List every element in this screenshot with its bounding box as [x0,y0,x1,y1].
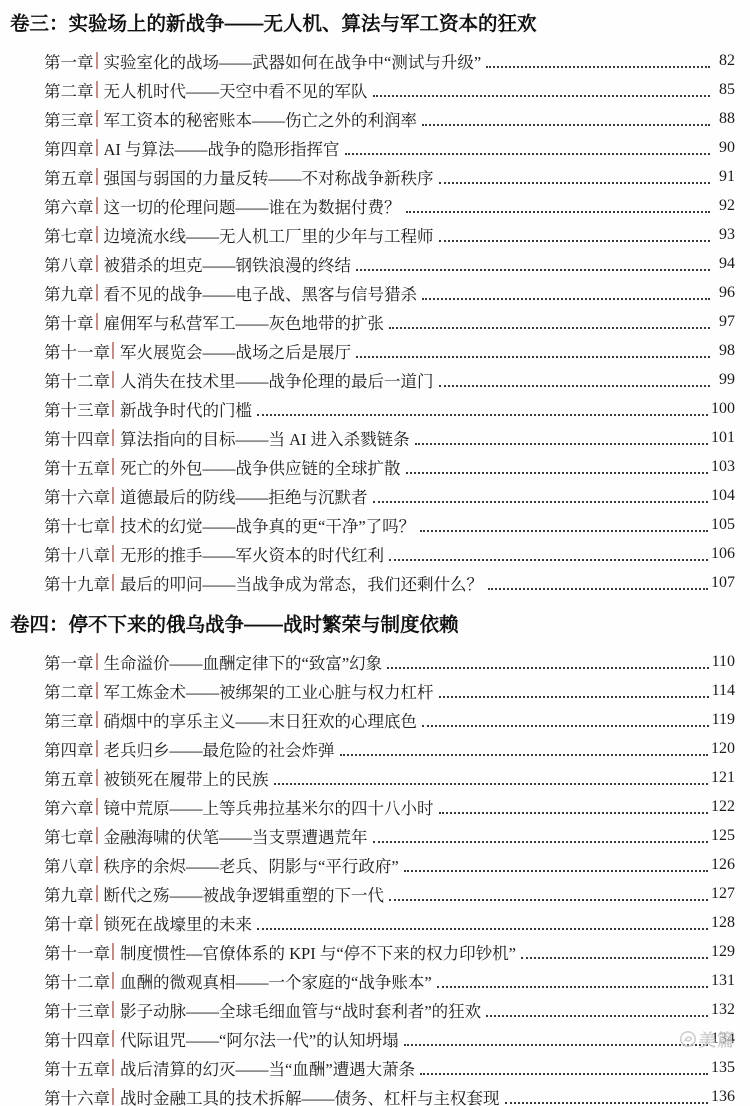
toc-entry[interactable]: 第十九章 最后的叩问——当战争成为常态，我们还剩什么？ 107 [44,568,735,597]
chapter-separator-bar [96,885,98,902]
page-number: 110 [712,653,735,671]
dot-leader [437,986,708,988]
page-number: 107 [711,574,735,592]
dot-leader [505,1102,709,1104]
page-number: 82 [713,52,735,70]
toc-entry[interactable]: 第七章 边境流水线——无人机工厂里的少年与工程师 93 [44,220,735,249]
chapter-separator-bar [112,371,114,388]
toc-page: 卷三：实验场上的新战争——无人机、算法与军工资本的狂欢 第一章 实验室化的战场—… [0,0,750,1106]
chapter-label: 第十四章 [44,1027,110,1051]
chapter-separator-bar [112,1030,114,1047]
chapter-separator-bar [96,653,98,670]
toc-entry[interactable]: 第十八章 无形的推手——军火资本的时代红利 106 [44,539,735,568]
page-number: 119 [712,711,735,729]
toc-entry[interactable]: 第十二章 血酬的微观真相——一个家庭的“战争账本” 131 [44,966,735,995]
page-number: 90 [713,139,735,157]
toc-entry[interactable]: 第十一章 军火展览会——战场之后是展厅 98 [44,336,735,365]
chapter-label: 第十三章 [44,397,110,421]
chapter-title: 军工资本的秘密账本——伤亡之外的利润率 [104,107,418,131]
page-number: 103 [711,458,735,476]
dot-leader [373,95,711,97]
volume-section: 卷四：停不下来的俄乌战争——战时繁荣与制度依赖 第一章 生命溢价——血酬定律下的… [10,612,735,1106]
chapter-title: 锁死在战壕里的未来 [104,911,253,935]
page-number: 136 [711,1088,735,1106]
toc-entry[interactable]: 第九章 断代之殇——被战争逻辑重塑的下一代 127 [44,879,735,908]
volume-chapters: 第一章 实验室化的战场——武器如何在战争中“测试与升级” 82 第二章 无人机时… [10,46,735,597]
toc-entry[interactable]: 第八章 秩序的余烬——老兵、阴影与“平行政府” 126 [44,850,735,879]
chapter-title: 制度惯性—官僚体系的 KPI 与“停不下来的权力印钞机” [120,940,516,964]
toc-entry[interactable]: 第十六章 战时金融工具的技术拆解——债务、杠杆与主权套现 136 [44,1082,735,1106]
chapter-label: 第七章 [44,824,94,848]
chapter-separator-bar [112,972,114,989]
page-number: 121 [711,769,735,787]
chapter-separator-bar [96,255,98,272]
toc-entry[interactable]: 第一章 生命溢价——血酬定律下的“致富”幻象 110 [44,647,735,676]
chapter-label: 第十六章 [44,1085,110,1106]
chapter-title: 金融海啸的伏笔——当支票遭遇荒年 [104,824,368,848]
dot-leader [389,327,710,329]
chapter-title: 秩序的余烬——老兵、阴影与“平行政府” [104,853,399,877]
chapter-separator-bar [112,1059,114,1076]
chapter-label: 第四章 [44,737,94,761]
page-number: 126 [711,856,735,874]
chapter-label: 第五章 [44,165,94,189]
chapter-label: 第五章 [44,766,94,790]
page-number: 125 [711,827,735,845]
page-number: 85 [713,81,735,99]
chapter-label: 第十章 [44,911,94,935]
page-number: 131 [711,972,735,990]
toc-entry[interactable]: 第十七章 技术的幻觉——战争真的更“干净”了吗？ 105 [44,510,735,539]
toc-entry[interactable]: 第五章 强国与弱国的力量反转——不对称战争新秩序 91 [44,162,735,191]
dot-leader [340,754,709,756]
chapter-separator-bar [96,682,98,699]
dot-leader [486,66,710,68]
page-number: 106 [711,545,735,563]
toc-entry[interactable]: 第六章 镜中荒原——上等兵弗拉基米尔的四十八小时 122 [44,792,735,821]
chapter-title: 最后的叩问——当战争成为常态，我们还剩什么？ [120,571,483,595]
page-number: 101 [711,429,735,447]
dot-leader [389,559,708,561]
dot-leader [439,812,709,814]
chapter-title: 人消失在技术里——战争伦理的最后一道门 [120,368,434,392]
chapter-label: 第三章 [44,708,94,732]
dot-leader [521,957,708,959]
chapter-title: 代际诅咒——“阿尔法一代”的认知坍塌 [120,1027,399,1051]
toc-entry[interactable]: 第十章 雇佣军与私营军工——灰色地带的扩张 97 [44,307,735,336]
chapter-label: 第十三章 [44,998,110,1022]
page-number: 99 [713,371,735,389]
chapter-label: 第四章 [44,136,94,160]
dot-leader [406,472,709,474]
chapter-separator-bar [112,516,114,533]
chapter-separator-bar [96,769,98,786]
page-number: 120 [711,740,735,758]
chapter-label: 第十五章 [44,1056,110,1080]
chapter-label: 第十九章 [44,571,110,595]
dot-leader [404,870,708,872]
chapter-title: 生命溢价——血酬定律下的“致富”幻象 [104,650,383,674]
chapter-separator-bar [96,81,98,98]
dot-leader [488,588,708,590]
chapter-title: 死亡的外包——战争供应链的全球扩散 [120,455,401,479]
chapter-title: 这一切的伦理问题——谁在为数据付费？ [104,194,401,218]
chapter-title: 战时金融工具的技术拆解——债务、杠杆与主权套现 [120,1085,500,1106]
chapter-separator-bar [96,914,98,931]
chapter-separator-bar [112,1001,114,1018]
chapter-label: 第八章 [44,252,94,276]
chapter-title: 无形的推手——军火资本的时代红利 [120,542,384,566]
chapter-label: 第十五章 [44,455,110,479]
dot-leader [404,1044,708,1046]
chapter-label: 第一章 [44,49,94,73]
toc-entry[interactable]: 第十三章 新战争时代的门槛 100 [44,394,735,423]
chapter-label: 第三章 [44,107,94,131]
chapter-label: 第十四章 [44,426,110,450]
dot-leader [439,182,711,184]
toc-entry[interactable]: 第十二章 人消失在技术里——战争伦理的最后一道门 99 [44,365,735,394]
chapter-separator-bar [112,429,114,446]
chapter-label: 第十六章 [44,484,110,508]
chapter-title: 血酬的微观真相——一个家庭的“战争账本” [120,969,432,993]
page-number: 122 [711,798,735,816]
page-number: 93 [713,226,735,244]
chapter-label: 第七章 [44,223,94,247]
chapter-label: 第一章 [44,650,94,674]
page-number: 94 [713,255,735,273]
page-number: 105 [711,516,735,534]
chapter-label: 第八章 [44,853,94,877]
toc-entry[interactable]: 第二章 无人机时代——天空中看不见的军队 85 [44,75,735,104]
dot-leader [439,240,711,242]
chapter-title: 道德最后的防线——拒绝与沉默者 [120,484,368,508]
chapter-title: AI 与算法——战争的隐形指挥官 [104,136,340,160]
toc-entry[interactable]: 第四章 老兵归乡——最危险的社会炸弹 120 [44,734,735,763]
chapter-separator-bar [96,313,98,330]
page-number: 134 [711,1030,735,1048]
dot-leader [420,530,708,532]
chapter-label: 第六章 [44,795,94,819]
chapter-title: 镜中荒原——上等兵弗拉基米尔的四十八小时 [104,795,434,819]
page-number: 114 [712,682,735,700]
toc-entry[interactable]: 第十四章 代际诅咒——“阿尔法一代”的认知坍塌 134 [44,1024,735,1053]
volume-title: 卷三：实验场上的新战争——无人机、算法与军工资本的狂欢 [10,11,735,38]
chapter-label: 第十一章 [44,339,110,363]
dot-leader [439,385,711,387]
chapter-title: 军火展览会——战场之后是展厅 [120,339,351,363]
chapter-separator-bar [96,711,98,728]
dot-leader [406,211,711,213]
volume-chapters: 第一章 生命溢价——血酬定律下的“致富”幻象 110 第二章 军工炼金术——被绑… [10,647,735,1106]
chapter-separator-bar [112,943,114,960]
toc-entry[interactable]: 第五章 被锁死在履带上的民族 121 [44,763,735,792]
chapter-separator-bar [112,574,114,591]
toc-entry[interactable]: 第八章 被猎杀的坦克——钢铁浪漫的终结 94 [44,249,735,278]
chapter-title: 被猎杀的坦克——钢铁浪漫的终结 [104,252,352,276]
toc-entry[interactable]: 第二章 军工炼金术——被绑架的工业心脏与权力杠杆 114 [44,676,735,705]
dot-leader [373,501,709,503]
dot-leader [387,667,708,669]
chapter-label: 第十八章 [44,542,110,566]
page-number: 132 [711,1001,735,1019]
dot-leader [373,841,709,843]
dot-leader [486,1015,708,1017]
page-number: 91 [713,168,735,186]
page-number: 135 [711,1059,735,1077]
toc-entry[interactable]: 第一章 实验室化的战场——武器如何在战争中“测试与升级” 82 [44,46,735,75]
dot-leader [274,783,709,785]
chapter-title: 强国与弱国的力量反转——不对称战争新秩序 [104,165,434,189]
chapter-title: 军工炼金术——被绑架的工业心脏与权力杠杆 [104,679,434,703]
dot-leader [257,414,708,416]
chapter-title: 硝烟中的享乐主义——末日狂欢的心理底色 [104,708,418,732]
chapter-label: 第九章 [44,882,94,906]
chapter-label: 第十七章 [44,513,110,537]
toc-entry[interactable]: 第十五章 死亡的外包——战争供应链的全球扩散 103 [44,452,735,481]
toc-entry[interactable]: 第十四章 算法指向的目标——当 AI 进入杀戮链条 101 [44,423,735,452]
toc-entry[interactable]: 第六章 这一切的伦理问题——谁在为数据付费？ 92 [44,191,735,220]
page-number: 96 [713,284,735,302]
chapter-separator-bar [96,226,98,243]
chapter-title: 看不见的战争——电子战、黑客与信号猎杀 [104,281,418,305]
dot-leader [356,269,710,271]
toc-entry[interactable]: 第九章 看不见的战争——电子战、黑客与信号猎杀 96 [44,278,735,307]
page-number: 98 [713,342,735,360]
chapter-title: 算法指向的目标——当 AI 进入杀戮链条 [120,426,410,450]
chapter-separator-bar [96,197,98,214]
page-number: 100 [711,400,735,418]
page-number: 92 [713,197,735,215]
chapter-label: 第二章 [44,78,94,102]
toc-entry[interactable]: 第十章 锁死在战壕里的未来 128 [44,908,735,937]
toc-entry[interactable]: 第七章 金融海啸的伏笔——当支票遭遇荒年 125 [44,821,735,850]
toc-entry[interactable]: 第十一章 制度惯性—官僚体系的 KPI 与“停不下来的权力印钞机” 129 [44,937,735,966]
page-number: 88 [713,110,735,128]
chapter-separator-bar [112,400,114,417]
chapter-label: 第十一章 [44,940,110,964]
chapter-separator-bar [96,168,98,185]
dot-leader [345,153,710,155]
dot-leader [389,899,708,901]
chapter-title: 战后清算的幻灭——当“血酬”遭遇大萧条 [120,1056,415,1080]
page-number: 127 [711,885,735,903]
chapter-label: 第六章 [44,194,94,218]
chapter-title: 雇佣军与私营军工——灰色地带的扩张 [104,310,385,334]
chapter-separator-bar [96,52,98,69]
chapter-separator-bar [112,458,114,475]
toc-entry[interactable]: 第十六章 道德最后的防线——拒绝与沉默者 104 [44,481,735,510]
chapter-separator-bar [96,139,98,156]
page-number: 104 [711,487,735,505]
volume-section: 卷三：实验场上的新战争——无人机、算法与军工资本的狂欢 第一章 实验室化的战场—… [10,11,735,597]
toc-entry[interactable]: 第十三章 影子动脉——全球毛细血管与“战时套利者”的狂欢 132 [44,995,735,1024]
chapter-title: 断代之殇——被战争逻辑重塑的下一代 [104,882,385,906]
chapter-title: 技术的幻觉——战争真的更“干净”了吗？ [120,513,415,537]
chapter-label: 第二章 [44,679,94,703]
page-number: 97 [713,313,735,331]
chapter-label: 第十章 [44,310,94,334]
toc: 卷三：实验场上的新战争——无人机、算法与军工资本的狂欢 第一章 实验室化的战场—… [10,11,735,1106]
dot-leader [420,1073,708,1075]
chapter-label: 第十二章 [44,969,110,993]
chapter-separator-bar [112,545,114,562]
chapter-separator-bar [112,1088,114,1105]
dot-leader [257,928,708,930]
chapter-title: 老兵归乡——最危险的社会炸弹 [104,737,335,761]
dot-leader [356,356,710,358]
chapter-separator-bar [96,284,98,301]
toc-entry[interactable]: 第十五章 战后清算的幻灭——当“血酬”遭遇大萧条 135 [44,1053,735,1082]
chapter-title: 影子动脉——全球毛细血管与“战时套利者”的狂欢 [120,998,481,1022]
chapter-title: 实验室化的战场——武器如何在战争中“测试与升级” [104,49,482,73]
chapter-title: 新战争时代的门槛 [120,397,252,421]
chapter-separator-bar [96,110,98,127]
chapter-label: 第十二章 [44,368,110,392]
chapter-separator-bar [96,740,98,757]
dot-leader [422,725,709,727]
chapter-separator-bar [96,827,98,844]
chapter-title: 被锁死在履带上的民族 [104,766,269,790]
dot-leader [422,124,710,126]
toc-entry[interactable]: 第四章 AI 与算法——战争的隐形指挥官 90 [44,133,735,162]
toc-entry[interactable]: 第三章 硝烟中的享乐主义——末日狂欢的心理底色 119 [44,705,735,734]
chapter-separator-bar [112,342,114,359]
chapter-title: 无人机时代——天空中看不见的军队 [104,78,368,102]
chapter-label: 第九章 [44,281,94,305]
volume-title: 卷四：停不下来的俄乌战争——战时繁荣与制度依赖 [10,612,735,639]
chapter-separator-bar [96,856,98,873]
page-number: 129 [711,943,735,961]
dot-leader [439,696,709,698]
dot-leader [415,443,708,445]
chapter-title: 边境流水线——无人机工厂里的少年与工程师 [104,223,434,247]
dot-leader [422,298,710,300]
page-number: 128 [711,914,735,932]
chapter-separator-bar [96,798,98,815]
chapter-separator-bar [112,487,114,504]
toc-entry[interactable]: 第三章 军工资本的秘密账本——伤亡之外的利润率 88 [44,104,735,133]
